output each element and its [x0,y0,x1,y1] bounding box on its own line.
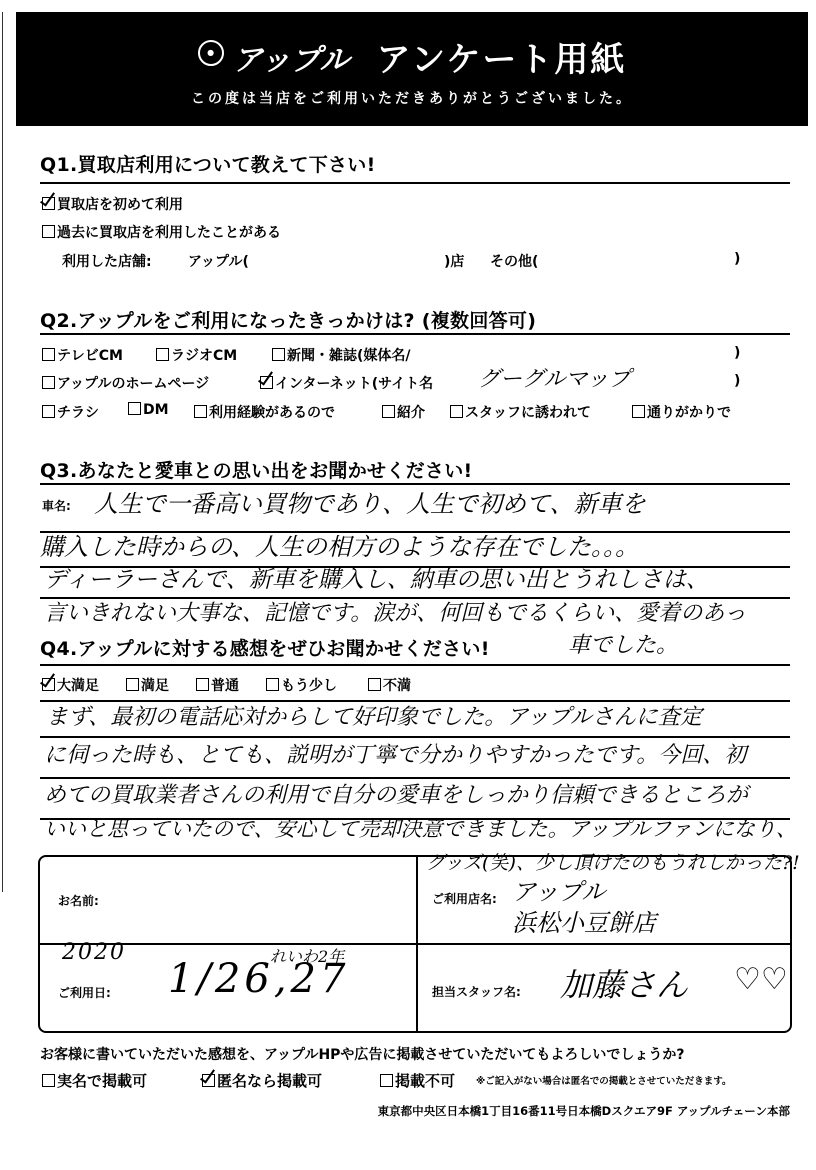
q3-answer-line[interactable]: 購入した時からの、人生の相方のような存在でした。。。 [40,527,639,562]
q4-answer-line[interactable]: まず、最初の電話応対からして好印象でした。アップルさんに査定 [46,700,702,731]
q2-option-flyer[interactable]: チラシ [42,402,99,422]
consent-note: ※ご記入がない場合は匿名での掲載とさせていただきます。 [476,1073,731,1087]
q3-answer-continuation[interactable]: 車でした。 [568,628,678,659]
store-name-value-line2[interactable]: 浜松小豆餅店 [512,903,656,938]
checkbox-checked[interactable] [42,197,55,210]
q3-answer-line[interactable]: 人生で一番高い買物であり、人生で初めて、新車を [94,484,646,519]
store-name-label: ご利用店名: [432,890,497,907]
q2-option-referral[interactable]: 紹介 [382,402,425,422]
footer-address: 東京都中央区日本橋1丁目16番11号日本橋Dスクエア9F アップルチェーン本部 [378,1103,790,1119]
checkbox[interactable] [42,225,55,238]
checkbox[interactable] [450,405,463,418]
q2-option-tv[interactable]: テレビCM [42,345,123,365]
q2-option-experience[interactable]: 利用経験があるので [194,402,335,422]
q2-newspaper-close: ) [734,345,740,361]
brand-row: ● アップル アンケート用紙 [16,32,808,81]
checkbox[interactable] [194,405,207,418]
usage-date-year[interactable]: 2020 [62,940,126,965]
q2-heading: Q2.アップルをご利用になったきっかけは? (複数回答可) [40,306,536,333]
checkbox[interactable] [42,1074,55,1087]
checkbox-checked[interactable] [260,376,273,389]
checkbox-checked[interactable] [42,678,55,691]
brand-logo: アップル [233,43,350,78]
checkbox[interactable] [632,405,645,418]
q1-store-prefix: アップル( [188,251,249,271]
q4-answer-line[interactable]: に伺った時も、とても、説明が丁寧で分かりやすかったです。今回、初 [44,738,746,769]
q2-option-dm[interactable]: DM [128,402,169,418]
q2-option-passing[interactable]: 通りがかりで [632,402,731,422]
q2-option-internet[interactable]: インターネット(サイト名 [260,373,433,393]
consent-option-anonymous[interactable]: 匿名なら掲載可 [202,1070,322,1091]
checkbox[interactable] [156,348,169,361]
q4-option-normal[interactable]: 普通 [196,675,239,695]
q3-car-label: 車名: [42,497,71,514]
consent-option-not-allowed[interactable]: 掲載不可 [380,1070,455,1091]
checkbox[interactable] [380,1074,393,1087]
q2-option-homepage[interactable]: アップルのホームページ [42,373,209,393]
checkbox[interactable] [126,678,139,691]
checkbox[interactable] [368,678,381,691]
store-name-value-line1[interactable]: アップル [512,872,605,907]
checkbox[interactable] [42,348,55,361]
q4-option-so-so[interactable]: もう少し [266,675,337,695]
q2-internet-close: ) [734,373,740,389]
heart-icon: ♡♡ [734,962,788,997]
q1-other-field[interactable]: ) [734,251,740,267]
apple-logo-icon: ● [198,40,224,66]
q1-store-field[interactable]: )店 [444,251,464,271]
q3-answer-line[interactable]: ディーラーさんで、新車を購入し、納車の思い出とうれしさは、 [44,561,709,594]
usage-date-label: ご利用日: [58,984,111,1001]
q4-rule [40,664,790,666]
survey-header: ● アップル アンケート用紙 この度は当店をご利用いただきありがとうございました… [16,12,808,126]
q1-rule [40,182,790,184]
publish-consent-question: お客様に書いていただいた感想を、アップルHPや広告に掲載させていただいてもよろし… [40,1044,685,1064]
q1-option-used-before[interactable]: 過去に買取店を利用したことがある [42,222,281,242]
checkbox-checked[interactable] [202,1074,215,1087]
q1-other-label: その他( [490,251,538,271]
form-title: アンケート用紙 [376,40,626,80]
q4-answer-line[interactable]: いいと思っていたので、安心して売却決意できました。アップルファンになり、 [44,813,797,843]
q2-rule [40,333,790,335]
checkbox[interactable] [128,402,141,415]
q4-answer-line[interactable]: めての買取業者さんの利用で自分の愛車をしっかり信頼できるところが [44,778,748,809]
checkbox[interactable] [382,405,395,418]
q2-option-newspaper[interactable]: 新聞・雑誌(媒体名/ [272,345,411,365]
consent-option-real-name[interactable]: 実名で掲載可 [42,1070,147,1091]
q4-option-very-satisfied[interactable]: 大満足 [42,675,99,695]
q3-answer-line[interactable]: 言いきれない大事な、記憶です。涙が、何回もでるくらい、愛着のあっ [44,596,746,627]
q2-option-staff[interactable]: スタッフに誘われて [450,402,591,422]
form-subtitle: この度は当店をご利用いただきありがとうございました。 [16,88,808,108]
q1-store-label: 利用した店舗: [62,251,152,271]
checkbox[interactable] [272,348,285,361]
checkbox[interactable] [196,678,209,691]
staff-name-value[interactable]: 加藤さん [560,960,688,1006]
staff-name-label: 担当スタッフ名: [432,983,521,1000]
q3-heading: Q3.あなたと愛車との思い出をお聞かせください! [40,456,472,483]
q1-heading: Q1.買取店利用について教えて下さい! [40,150,376,177]
checkbox[interactable] [42,376,55,389]
info-divider-horizontal [40,943,790,945]
name-label: お名前: [58,892,99,909]
checkbox[interactable] [42,405,55,418]
q2-site-name-handwritten[interactable]: グーグルマップ [478,362,630,393]
q4-option-satisfied[interactable]: 満足 [126,675,169,695]
q2-option-radio[interactable]: ラジオCM [156,345,237,365]
checkbox[interactable] [266,678,279,691]
q4-option-dissatisfied[interactable]: 不満 [368,675,411,695]
customer-info-box [38,855,792,1033]
scan-edge [2,12,3,892]
q4-heading: Q4.アップルに対する感想をぜひお聞かせください! [40,634,490,661]
q1-option-first-time[interactable]: 買取店を初めて利用 [42,194,183,214]
usage-date-value[interactable]: 1/26,27 [168,956,349,1002]
